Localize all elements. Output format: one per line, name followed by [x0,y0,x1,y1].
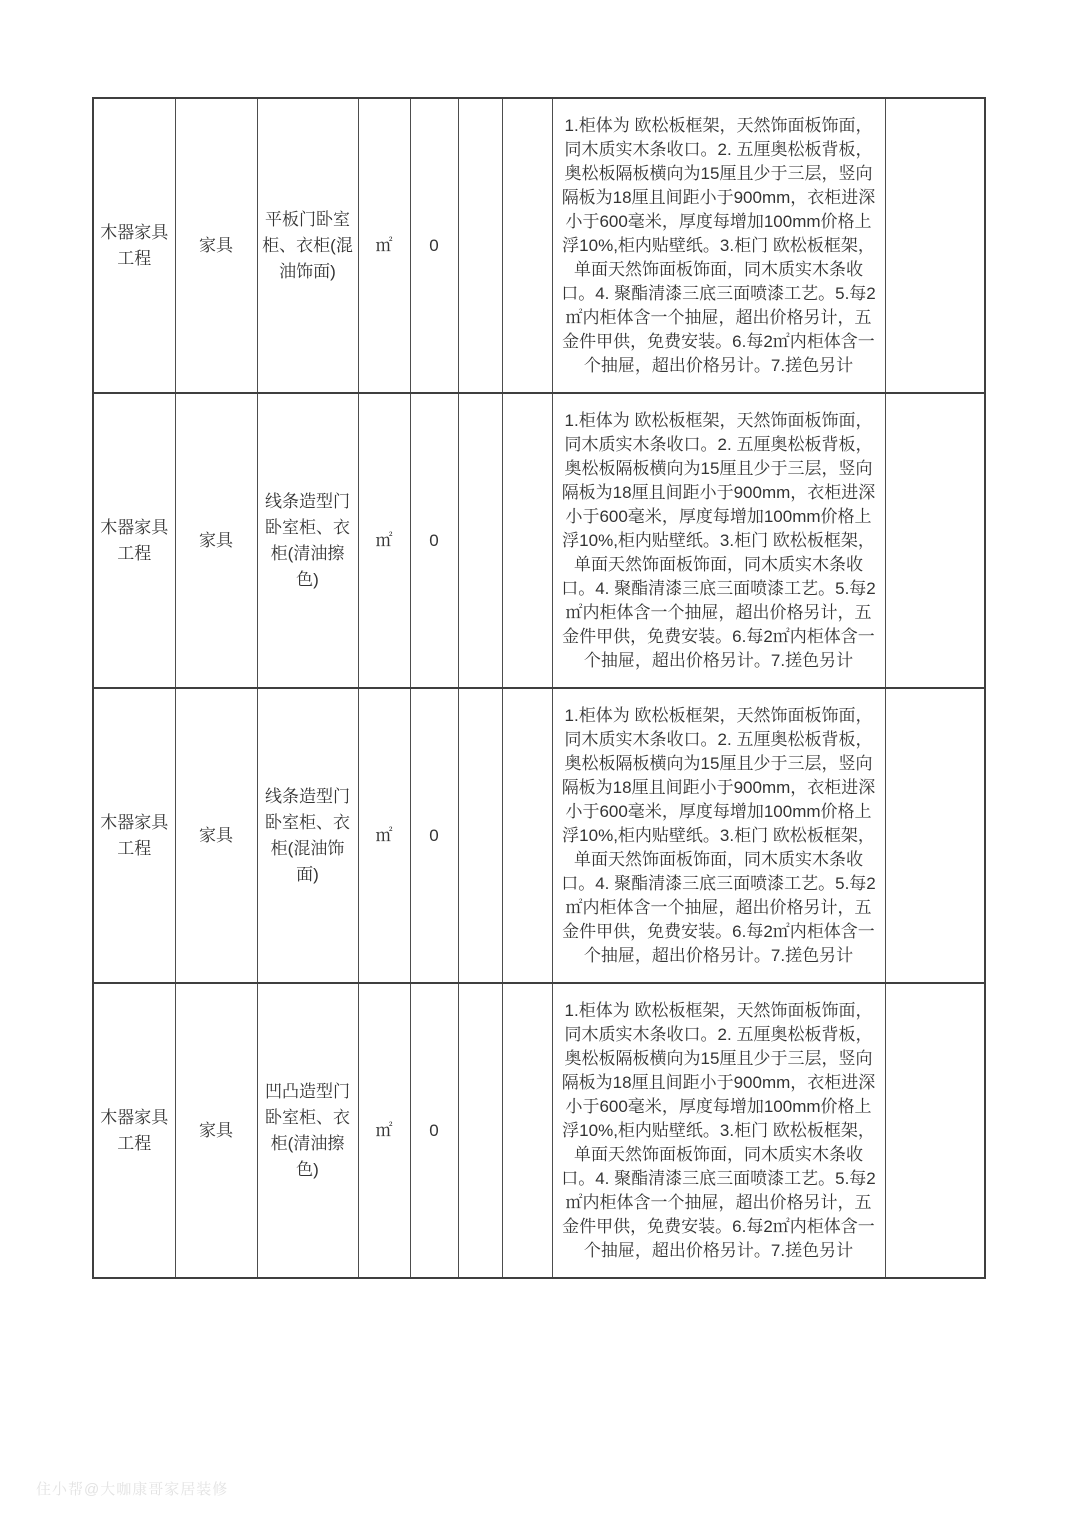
cell-unit: ㎡ [358,393,410,688]
cell-item-name: 线条造型门卧室柜、衣柜(清油擦色) [257,393,358,688]
cell-quantity: 0 [410,393,458,688]
cell-notes [885,98,985,393]
cell-subcategory: 家具 [175,688,257,983]
cell-category: 木器家具工程 [93,393,175,688]
cell-notes [885,393,985,688]
cell-subcategory: 家具 [175,393,257,688]
cell-unit: ㎡ [358,688,410,983]
cell-notes [885,688,985,983]
cell-quantity: 0 [410,688,458,983]
cell-subcategory: 家具 [175,98,257,393]
cell-empty-2 [502,393,552,688]
cell-empty-1 [458,688,502,983]
cell-quantity: 0 [410,983,458,1278]
cell-empty-2 [502,98,552,393]
table-row: 木器家具工程 家具 线条造型门卧室柜、衣柜(混油饰面) ㎡ 0 1.柜体为 欧松… [93,688,985,983]
cell-notes [885,983,985,1278]
cell-description: 1.柜体为 欧松板框架，天然饰面板饰面，同木质实木条收口。2. 五厘奥松板背板，… [552,98,885,393]
cell-empty-2 [502,688,552,983]
table-row: 木器家具工程 家具 平板门卧室柜、衣柜(混油饰面) ㎡ 0 1.柜体为 欧松板框… [93,98,985,393]
cell-empty-2 [502,983,552,1278]
cell-description: 1.柜体为 欧松板框架，天然饰面板饰面，同木质实木条收口。2. 五厘奥松板背板，… [552,983,885,1278]
cell-item-name: 线条造型门卧室柜、衣柜(混油饰面) [257,688,358,983]
cell-unit: ㎡ [358,98,410,393]
cell-empty-1 [458,393,502,688]
cell-empty-1 [458,98,502,393]
cell-quantity: 0 [410,98,458,393]
table-row: 木器家具工程 家具 凹凸造型门卧室柜、衣柜(清油擦色) ㎡ 0 1.柜体为 欧松… [93,983,985,1278]
table-row: 木器家具工程 家具 线条造型门卧室柜、衣柜(清油擦色) ㎡ 0 1.柜体为 欧松… [93,393,985,688]
cell-description: 1.柜体为 欧松板框架，天然饰面板饰面，同木质实木条收口。2. 五厘奥松板背板，… [552,688,885,983]
cell-item-name: 凹凸造型门卧室柜、衣柜(清油擦色) [257,983,358,1278]
cell-category: 木器家具工程 [93,98,175,393]
watermark-text: 住小帮@大咖康哥家居装修 [36,1478,228,1499]
cell-category: 木器家具工程 [93,688,175,983]
cell-item-name: 平板门卧室柜、衣柜(混油饰面) [257,98,358,393]
cell-description: 1.柜体为 欧松板框架，天然饰面板饰面，同木质实木条收口。2. 五厘奥松板背板，… [552,393,885,688]
price-table: 木器家具工程 家具 平板门卧室柜、衣柜(混油饰面) ㎡ 0 1.柜体为 欧松板框… [92,97,986,1279]
cell-category: 木器家具工程 [93,983,175,1278]
cell-subcategory: 家具 [175,983,257,1278]
cell-empty-1 [458,983,502,1278]
cell-unit: ㎡ [358,983,410,1278]
